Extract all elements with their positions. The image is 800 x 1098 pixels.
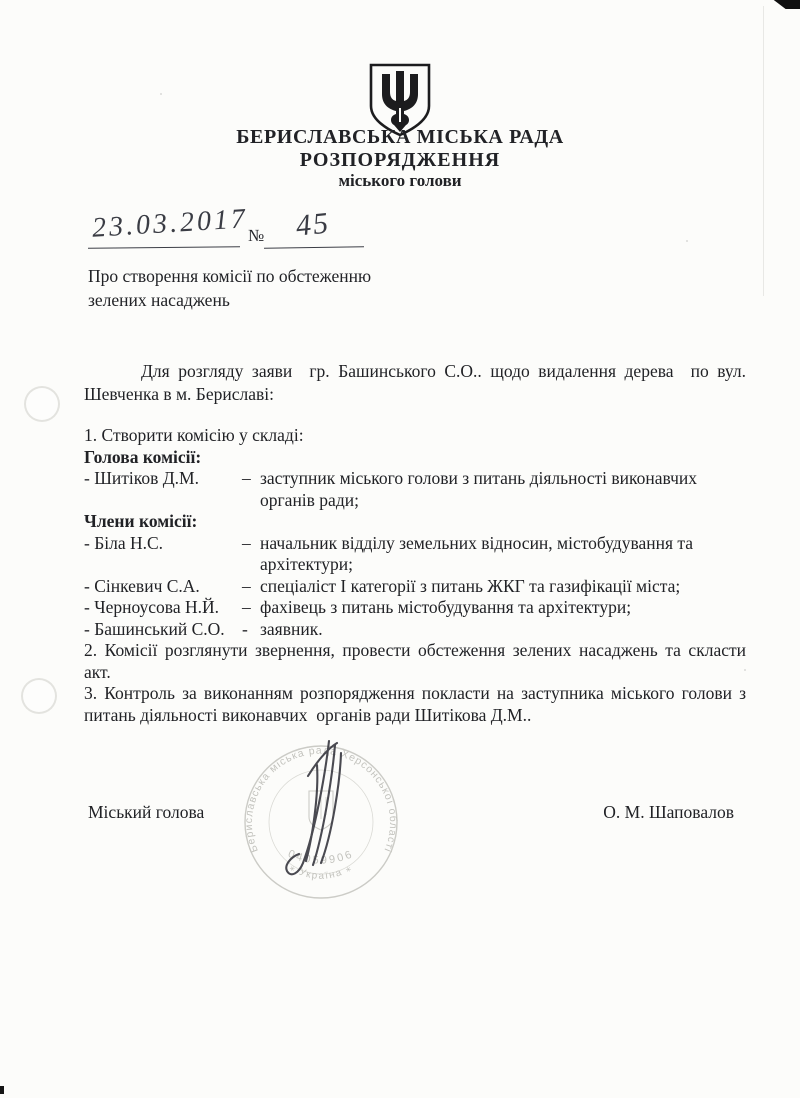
member-name: - Черноусова Н.Й.: [84, 597, 242, 619]
member-row: - Черноусова Н.Й. – фахівець з питань мі…: [84, 597, 746, 619]
item-1: 1. Створити комісію у складі:: [84, 425, 746, 447]
commission-head-label: Голова комісії:: [84, 447, 746, 469]
member-role: фахівець з питань містобудування та архі…: [260, 597, 746, 619]
scan-speck: [160, 93, 162, 95]
member-dash: -: [242, 619, 260, 641]
member-role: заступник міського голови з питань діяль…: [260, 468, 746, 511]
member-dash: –: [242, 468, 260, 511]
scan-speck: [686, 240, 688, 242]
scanned-document-page: БЕРИСЛАВСЬКА МІСЬКА РАДА РОЗПОРЯДЖЕННЯ м…: [0, 0, 800, 1098]
document-subtype: міського голови: [0, 171, 800, 191]
number-underline: [264, 246, 364, 248]
member-dash: –: [242, 576, 260, 598]
document-type-title: РОЗПОРЯДЖЕННЯ: [0, 149, 800, 172]
document-subject: Про створення комісії по обстеженню зеле…: [88, 264, 371, 312]
organization-name: БЕРИСЛАВСЬКА МІСЬКА РАДА: [0, 126, 800, 149]
date-number-line: 23.03.2017 № 45: [88, 206, 488, 258]
subject-line-1: Про створення комісії по обстеженню: [88, 264, 371, 288]
round-seal-stamp-icon: Бериславська міська рада Херсонської обл…: [213, 731, 429, 941]
handwritten-date: 23.03.2017: [91, 203, 249, 244]
scan-edge-artifact: [0, 1086, 4, 1094]
signer-name: О. М. Шаповалов: [603, 802, 734, 823]
member-row: - Башинський С.О. - заявник.: [84, 619, 746, 641]
member-row: - Біла Н.С. – начальник відділу земельни…: [84, 533, 746, 576]
member-dash: –: [242, 533, 260, 576]
member-name: - Башинський С.О.: [84, 619, 242, 641]
subject-line-2: зелених насаджень: [88, 288, 371, 312]
stamp-graphic: Бериславська міська рада Херсонської обл…: [243, 745, 399, 898]
item-3: 3. Контроль за виконанням розпорядження …: [84, 683, 746, 726]
intro-paragraph: Для розгляду заяви гр. Башинського С.О..…: [84, 360, 746, 406]
number-sign: №: [248, 226, 264, 246]
hole-punch-mark: [21, 678, 57, 714]
handwritten-number: 45: [294, 206, 331, 243]
member-name: - Сінкевич С.А.: [84, 576, 242, 598]
member-role: заявник.: [260, 619, 746, 641]
member-dash: –: [242, 597, 260, 619]
member-name: - Шитіков Д.М.: [84, 468, 242, 511]
document-body: Для розгляду заяви гр. Башинського С.О..…: [84, 360, 746, 726]
member-role: спеціаліст І категорії з питань ЖКГ та г…: [260, 576, 746, 598]
hole-punch-mark: [24, 386, 60, 422]
commission-members-label: Члени комісії:: [84, 511, 746, 533]
member-row: - Сінкевич С.А. – спеціаліст І категорії…: [84, 576, 746, 598]
scan-corner-artifact: [768, 0, 800, 9]
member-role: начальник відділу земельних відносин, мі…: [260, 533, 746, 576]
commission-head-row: - Шитіков Д.М. – заступник міського голо…: [84, 468, 746, 511]
member-name: - Біла Н.С.: [84, 533, 242, 576]
item-2: 2. Комісії розглянути звернення, провест…: [84, 640, 746, 683]
signer-position: Міський голова: [88, 802, 204, 823]
date-underline: [88, 246, 240, 249]
